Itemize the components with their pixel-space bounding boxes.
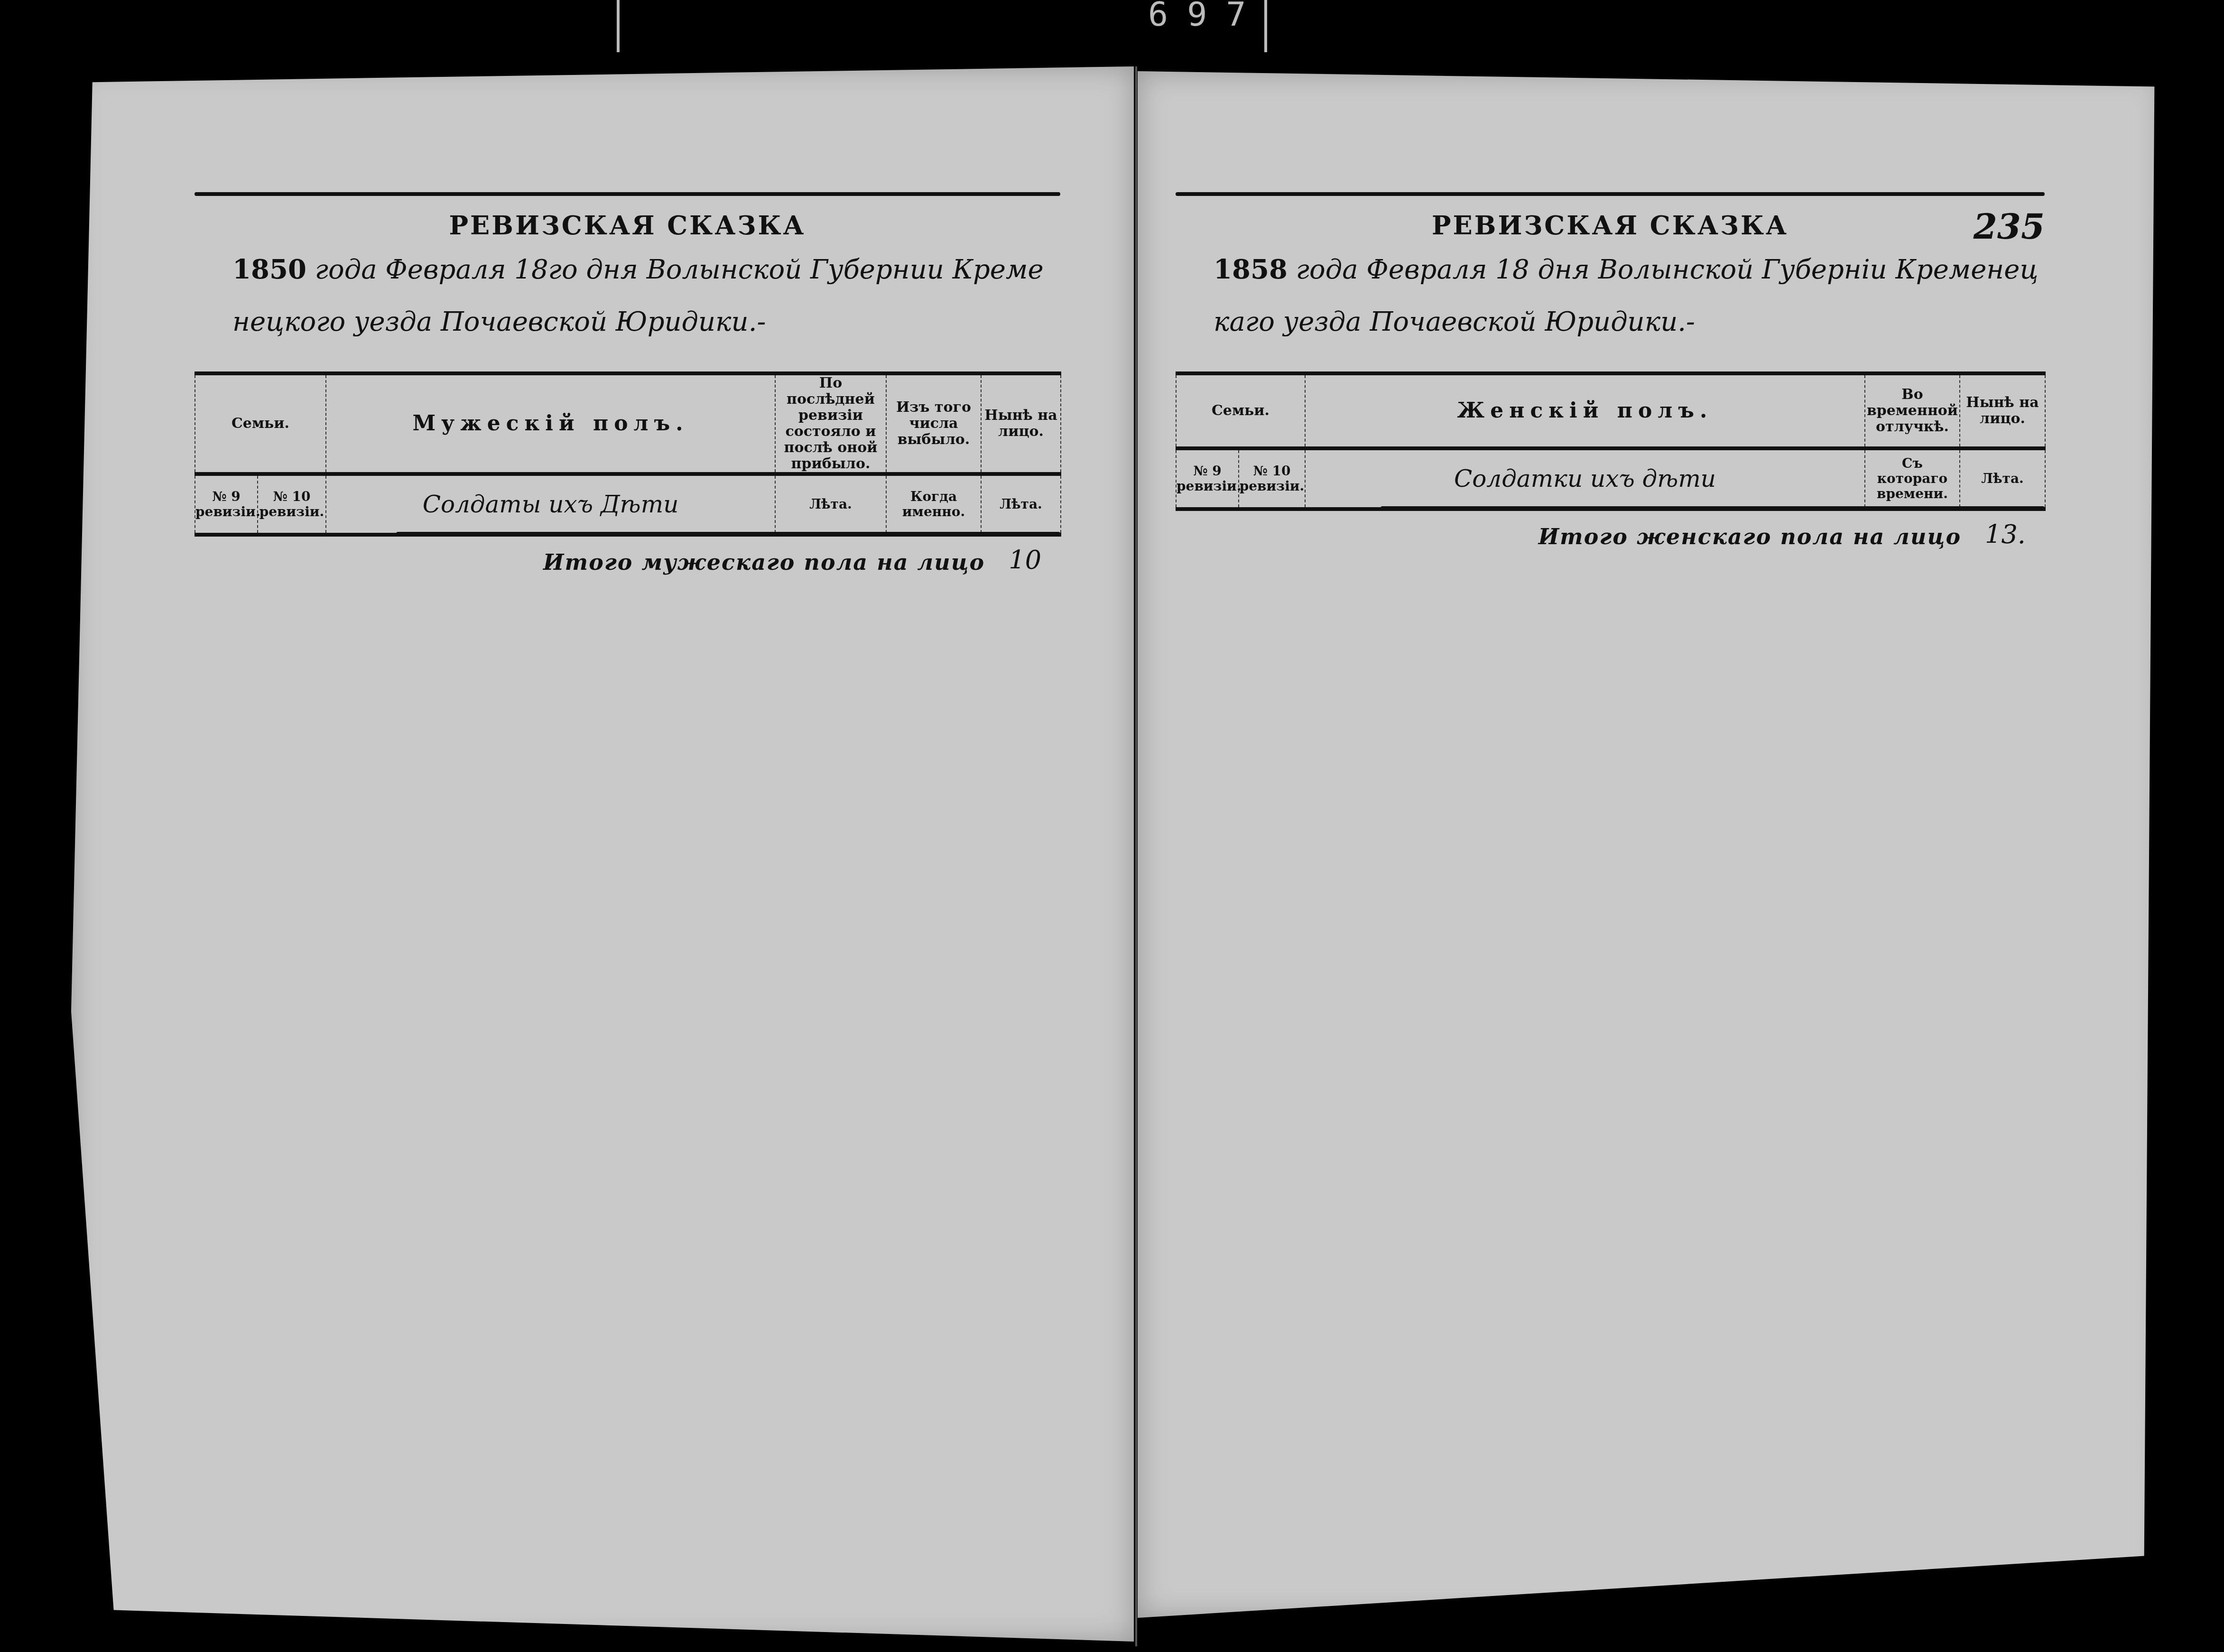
- intro-text: 1850 года Февраля 18го дня Волынской Губ…: [195, 243, 1060, 353]
- col-no10: № 10 ревизіи.: [258, 474, 326, 535]
- male-total: Итого мужескаго пола на лицо 10: [195, 545, 1060, 575]
- total-value: 10: [1009, 545, 1041, 575]
- male-census-sheet: РЕВИЗСКАЯ СКАЗКА 1850 года Февраля 18го …: [195, 192, 1060, 575]
- col-sex-female: Женскій полъ.: [1305, 373, 1865, 448]
- col-absence: Во временной отлучкѣ.: [1865, 373, 1960, 448]
- total-value: 13.: [1985, 520, 2026, 549]
- col-category: Солдаты ихъ Дѣти: [326, 474, 775, 535]
- top-rule: [195, 192, 1060, 196]
- female-census-sheet: РЕВИЗСКАЯ СКАЗКА 235 1858 года Февраля 1…: [1176, 192, 2045, 549]
- page-title: РЕВИЗСКАЯ СКАЗКА: [1176, 210, 2045, 243]
- col-years-present: Лѣта.: [981, 474, 1061, 535]
- total-label: Итого женскаго пола на лицо: [1538, 524, 1961, 549]
- col-no9: № 9 ревизіи.: [1176, 448, 1239, 509]
- intro-text: 1858 года Февраля 18 дня Волынской Губер…: [1176, 243, 2045, 353]
- frame-number: 697: [1148, 0, 1265, 28]
- female-census-table: Семьи. Женскій полъ. Во временной отлучк…: [1176, 371, 2046, 511]
- col-by-last-revision: По послѣдней ревизіи состояло и послѣ он…: [775, 373, 886, 474]
- film-edge-mark: [617, 0, 620, 52]
- total-rule: [396, 532, 1060, 536]
- col-no10: № 10 ревизіи.: [1239, 448, 1305, 509]
- col-family: Семьи.: [1176, 373, 1305, 448]
- intro-line-1: года Февраля 18го дня Волынской Губернии…: [315, 254, 1044, 285]
- col-when: Когда именно.: [886, 474, 981, 535]
- col-sex-male: Мужескій полъ.: [326, 373, 775, 474]
- total-rule: [1381, 506, 2045, 510]
- total-label: Итого мужескаго пола на лицо: [543, 549, 985, 575]
- intro-line-2: нецкого уезда Почаевской Юридики.-: [232, 306, 766, 337]
- intro-line-2: каго уезда Почаевской Юридики.-: [1214, 306, 1695, 337]
- col-dropped: Изъ того числа выбыло.: [886, 373, 981, 474]
- col-family: Семьи.: [195, 373, 326, 474]
- intro-year: 1858: [1214, 254, 1288, 285]
- col-present: Нынѣ на лицо.: [981, 373, 1061, 474]
- page-number: 235: [1974, 206, 2045, 247]
- col-no9: № 9 ревизіи.: [195, 474, 258, 535]
- intro-line-1: года Февраля 18 дня Волынской Губерніи К…: [1296, 254, 2039, 285]
- intro-year: 1850: [232, 254, 306, 285]
- book-gutter: [1135, 66, 1137, 1646]
- film-edge-mark: [1264, 0, 1267, 52]
- col-since: Съ котораго времени.: [1865, 448, 1960, 509]
- top-rule: [1176, 192, 2045, 196]
- page-title: РЕВИЗСКАЯ СКАЗКА: [195, 210, 1060, 243]
- male-census-table: Семьи. Мужескій полъ. По послѣдней ревиз…: [195, 371, 1061, 537]
- col-years: Лѣта.: [775, 474, 886, 535]
- col-category: Солдатки ихъ дѣти: [1305, 448, 1865, 509]
- col-present: Нынѣ на лицо.: [1960, 373, 2045, 448]
- col-years: Лѣта.: [1960, 448, 2045, 509]
- female-total: Итого женскаго пола на лицо 13.: [1176, 520, 2045, 549]
